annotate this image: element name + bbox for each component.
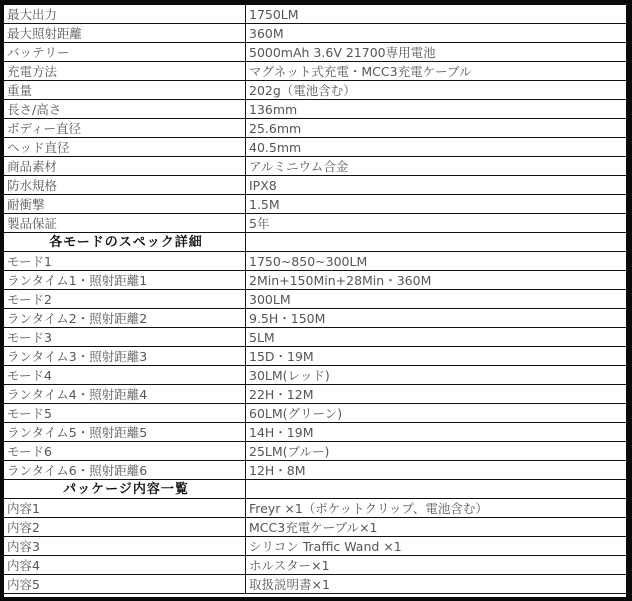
row-label: 内容3 bbox=[4, 537, 246, 556]
row-label: ランタイム4・照射距離4 bbox=[4, 385, 246, 404]
table-row: 内容5取扱説明書×1 bbox=[4, 575, 626, 594]
row-value: 5年 bbox=[246, 214, 627, 233]
row-label: 最大照射距離 bbox=[4, 24, 246, 43]
table-row: 充電方法マグネット式充電・MCC3充電ケーブル bbox=[4, 62, 626, 81]
table-row: モード11750~850~300LM bbox=[4, 252, 626, 271]
table-row: 内容4ホルスター×1 bbox=[4, 556, 626, 575]
row-label: モード5 bbox=[4, 404, 246, 423]
table-row: ヘッド直径40.5mm bbox=[4, 138, 626, 157]
row-label: ランタイム3・照射距離3 bbox=[4, 347, 246, 366]
row-label: ランタイム2・照射距離2 bbox=[4, 309, 246, 328]
row-label: 耐衝撃 bbox=[4, 195, 246, 214]
table-row: モード430LM(レッド) bbox=[4, 366, 626, 385]
row-value: 2Min+150Min+28Min・360M bbox=[246, 271, 627, 290]
table-row: ボディー直径25.6mm bbox=[4, 119, 626, 138]
row-label: 充電方法 bbox=[4, 62, 246, 81]
table-row: モード35LM bbox=[4, 328, 626, 347]
row-value: 22H・12M bbox=[246, 385, 627, 404]
row-label: ボディー直径 bbox=[4, 119, 246, 138]
section-header-package: パッケージ内容一覧 bbox=[4, 480, 626, 499]
section-title: パッケージ内容一覧 bbox=[4, 480, 246, 499]
row-value: 202g（電池含む） bbox=[246, 81, 627, 100]
row-value: 1750LM bbox=[246, 5, 627, 24]
table-row: 内容3シリコン Traffic Wand ×1 bbox=[4, 537, 626, 556]
table-row: ランタイム5・照射距離514H・19M bbox=[4, 423, 626, 442]
row-value: 25.6mm bbox=[246, 119, 627, 138]
row-value: 40.5mm bbox=[246, 138, 627, 157]
row-label: モード4 bbox=[4, 366, 246, 385]
table-row: 最大出力1750LM bbox=[4, 5, 626, 24]
row-value: 5LM bbox=[246, 328, 627, 347]
row-label: モード6 bbox=[4, 442, 246, 461]
table-row: 製品保証5年 bbox=[4, 214, 626, 233]
row-value: アルミニウム合金 bbox=[246, 157, 627, 176]
row-value: 12H・8M bbox=[246, 461, 627, 480]
row-label: 最大出力 bbox=[4, 5, 246, 24]
row-value: 360M bbox=[246, 24, 627, 43]
table-row: ランタイム3・照射距離315D・19M bbox=[4, 347, 626, 366]
row-label: ヘッド直径 bbox=[4, 138, 246, 157]
row-value: 300LM bbox=[246, 290, 627, 309]
row-label: モード3 bbox=[4, 328, 246, 347]
table-row: ランタイム1・照射距離12Min+150Min+28Min・360M bbox=[4, 271, 626, 290]
section-empty-cell bbox=[246, 233, 627, 252]
row-value: 取扱説明書×1 bbox=[246, 575, 627, 594]
table-row: 重量202g（電池含む） bbox=[4, 81, 626, 100]
row-label: ランタイム5・照射距離5 bbox=[4, 423, 246, 442]
row-value: 5000mAh 3.6V 21700専用電池 bbox=[246, 43, 627, 62]
row-label: 長さ/高さ bbox=[4, 100, 246, 119]
row-label: 内容2 bbox=[4, 518, 246, 537]
table-row: モード560LM(グリーン) bbox=[4, 404, 626, 423]
row-label: 防水規格 bbox=[4, 176, 246, 195]
row-label: ランタイム1・照射距離1 bbox=[4, 271, 246, 290]
row-value: 1750~850~300LM bbox=[246, 252, 627, 271]
table-row: 最大照射距離360M bbox=[4, 24, 626, 43]
section-header-modes: 各モードのスペック詳細 bbox=[4, 233, 626, 252]
row-label: 内容4 bbox=[4, 556, 246, 575]
section-title: 各モードのスペック詳細 bbox=[4, 233, 246, 252]
table-row: ランタイム6・照射距離612H・8M bbox=[4, 461, 626, 480]
row-label: 商品素材 bbox=[4, 157, 246, 176]
row-value: 136mm bbox=[246, 100, 627, 119]
table-row: モード2300LM bbox=[4, 290, 626, 309]
row-value: 14H・19M bbox=[246, 423, 627, 442]
table-row: 長さ/高さ136mm bbox=[4, 100, 626, 119]
row-label: バッテリー bbox=[4, 43, 246, 62]
row-label: 製品保証 bbox=[4, 214, 246, 233]
table-row: バッテリー5000mAh 3.6V 21700専用電池 bbox=[4, 43, 626, 62]
row-value: 60LM(グリーン) bbox=[246, 404, 627, 423]
table-row: 耐衝撃1.5M bbox=[4, 195, 626, 214]
row-value: Freyr ×1（ポケットクリップ、電池含む） bbox=[246, 499, 627, 518]
row-label: ランタイム6・照射距離6 bbox=[4, 461, 246, 480]
row-value: IPX8 bbox=[246, 176, 627, 195]
table-row: 防水規格IPX8 bbox=[4, 176, 626, 195]
row-label: 内容5 bbox=[4, 575, 246, 594]
table-row: ランタイム4・照射距離422H・12M bbox=[4, 385, 626, 404]
row-value: 25LM(ブルー) bbox=[246, 442, 627, 461]
table-row: 内容2MCC3充電ケーブル×1 bbox=[4, 518, 626, 537]
row-value: MCC3充電ケーブル×1 bbox=[246, 518, 627, 537]
row-label: モード1 bbox=[4, 252, 246, 271]
row-label: 重量 bbox=[4, 81, 246, 100]
row-value: 30LM(レッド) bbox=[246, 366, 627, 385]
section-empty-cell bbox=[246, 480, 627, 499]
row-value: 1.5M bbox=[246, 195, 627, 214]
table-row: ランタイム2・照射距離29.5H・150M bbox=[4, 309, 626, 328]
row-label: 内容1 bbox=[4, 499, 246, 518]
row-value: 15D・19M bbox=[246, 347, 627, 366]
spec-sheet: 最大出力1750LM 最大照射距離360M バッテリー5000mAh 3.6V … bbox=[4, 5, 626, 597]
row-value: シリコン Traffic Wand ×1 bbox=[246, 537, 627, 556]
table-row: 商品素材アルミニウム合金 bbox=[4, 157, 626, 176]
row-value: ホルスター×1 bbox=[246, 556, 627, 575]
table-row: モード625LM(ブルー) bbox=[4, 442, 626, 461]
row-value: マグネット式充電・MCC3充電ケーブル bbox=[246, 62, 627, 81]
row-value: 9.5H・150M bbox=[246, 309, 627, 328]
spec-table: 最大出力1750LM 最大照射距離360M バッテリー5000mAh 3.6V … bbox=[4, 5, 626, 594]
row-label: モード2 bbox=[4, 290, 246, 309]
table-row: 内容1Freyr ×1（ポケットクリップ、電池含む） bbox=[4, 499, 626, 518]
